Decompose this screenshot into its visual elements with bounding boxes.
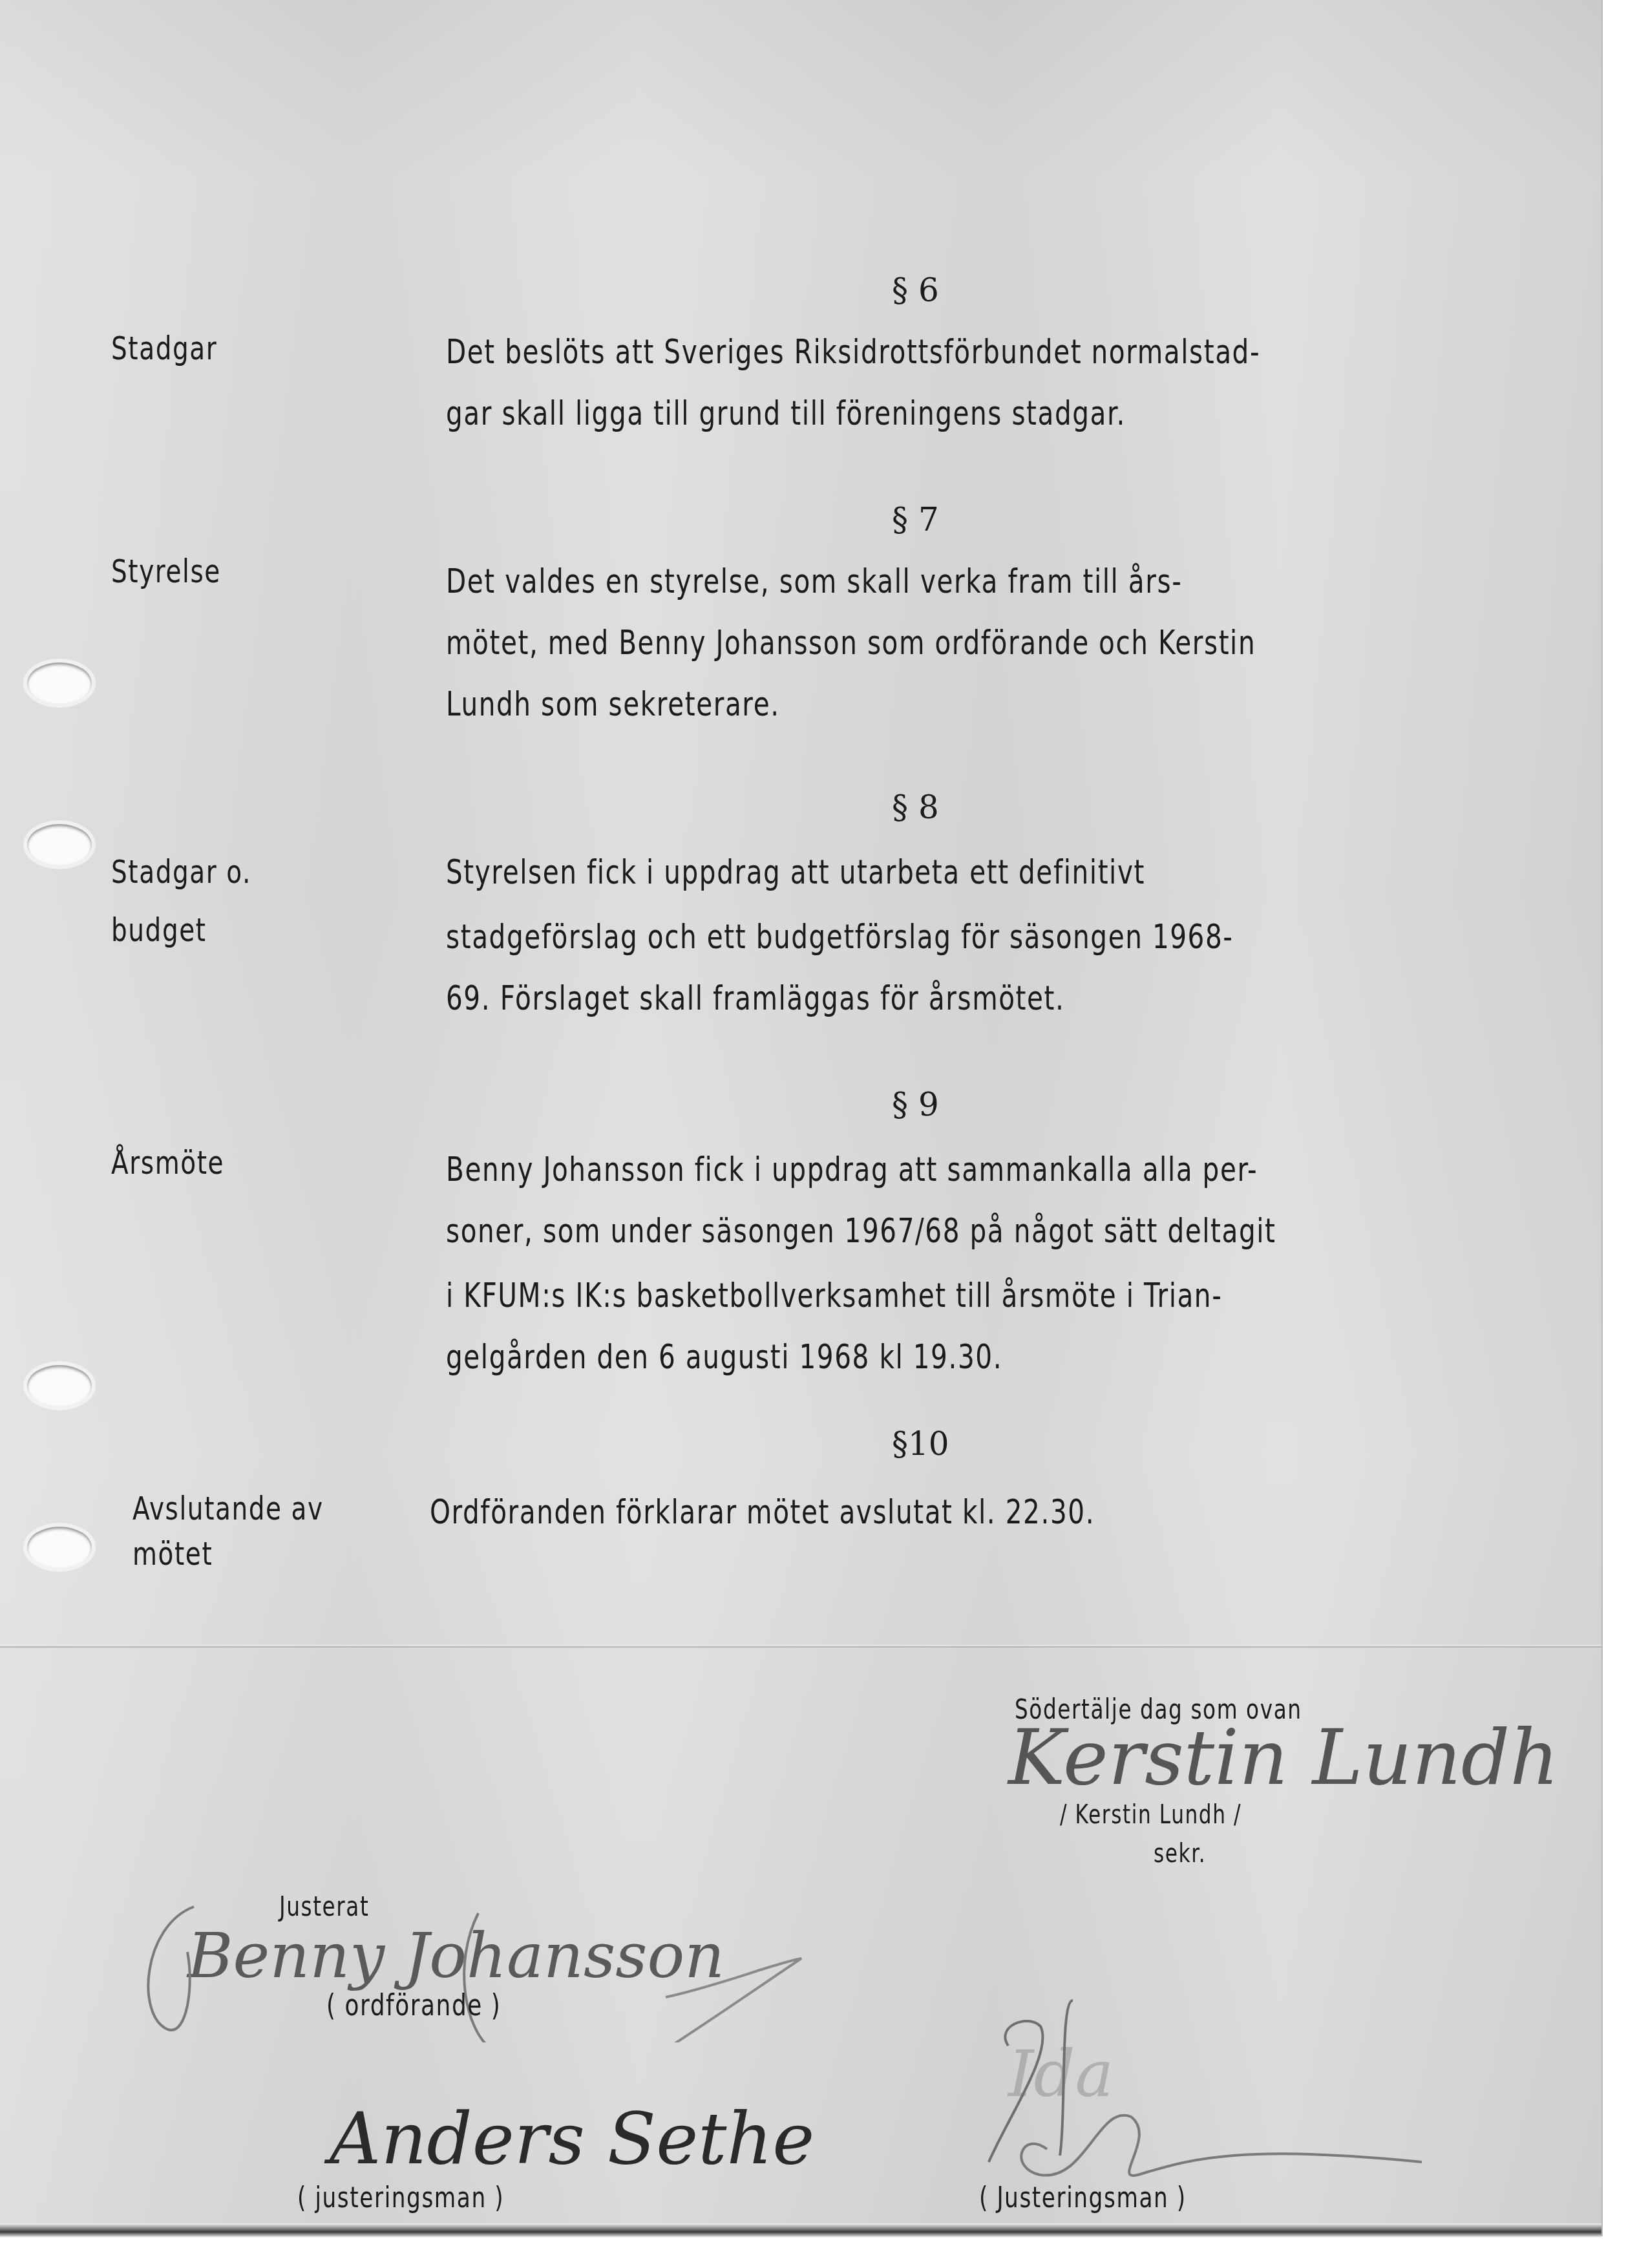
section-number: §10 [892, 1425, 949, 1463]
section-number: § 8 [892, 789, 939, 826]
section-text-line: mötet, med Benny Johansson som ordförand… [446, 624, 1256, 662]
section-number: § 9 [892, 1086, 939, 1123]
section-heading: Avslutande av [132, 1490, 324, 1527]
section-text-line: gelgården den 6 augusti 1968 kl 19.30. [446, 1338, 1002, 1377]
section-text-line: Styrelsen fick i uppdrag att utarbeta et… [446, 853, 1145, 892]
section-text-line: 69. Förslaget skall framläggas för årsmö… [446, 979, 1064, 1018]
adjuster1-signature: Anders Sethe [330, 2097, 814, 2180]
secretary-printed-name: / Kerstin Lundh / [1060, 1800, 1241, 1830]
section-heading: budget [111, 911, 207, 949]
punch-hole [27, 1527, 92, 1568]
section-heading: Årsmöte [111, 1144, 224, 1182]
section-text-line: stadgeförslag och ett budgetförslag för … [446, 918, 1234, 957]
adjuster2-role: ( Justeringsman ) [979, 2181, 1187, 2214]
section-text-line: Det valdes en styrelse, som skall verka … [446, 562, 1182, 601]
section-heading: Styrelse [111, 553, 221, 590]
section-number: § 6 [892, 271, 939, 309]
torn-bottom-edge [0, 2223, 1601, 2238]
paper-fold-crease [0, 1645, 1601, 1649]
secretary-signature: Kerstin Lundh [1008, 1713, 1559, 1802]
adjuster1-role: ( justeringsman ) [297, 2181, 504, 2214]
section-text-line: Det beslöts att Sveriges Riksidrottsförb… [446, 333, 1260, 372]
section-text-line: i KFUM:s IK:s basketbollverksamhet till … [446, 1277, 1222, 1315]
document-page: § 6 Stadgar Det beslöts att Sveriges Rik… [0, 0, 1603, 2236]
chair-role: ( ordförande ) [326, 1987, 501, 2022]
secretary-role: sekr. [1154, 1839, 1206, 1869]
punch-hole [27, 824, 92, 865]
section-text-line: Lundh som sekreterare. [446, 685, 780, 724]
section-heading: mötet [132, 1535, 213, 1573]
adjuster2-signature: Ida [1008, 2036, 1114, 2112]
punch-hole [27, 662, 92, 704]
section-text-line: soner, som under säsongen 1967/68 på någ… [446, 1212, 1276, 1251]
section-text-line: Ordföranden förklarar mötet avslutat kl.… [430, 1493, 1095, 1532]
section-number: § 7 [892, 501, 939, 538]
section-text-line: Benny Johansson fick i uppdrag att samma… [446, 1150, 1258, 1189]
section-heading: Stadgar [111, 330, 217, 367]
section-heading: Stadgar o. [111, 853, 251, 891]
punch-hole [27, 1365, 92, 1406]
section-text-line: gar skall ligga till grund till förening… [446, 394, 1126, 433]
